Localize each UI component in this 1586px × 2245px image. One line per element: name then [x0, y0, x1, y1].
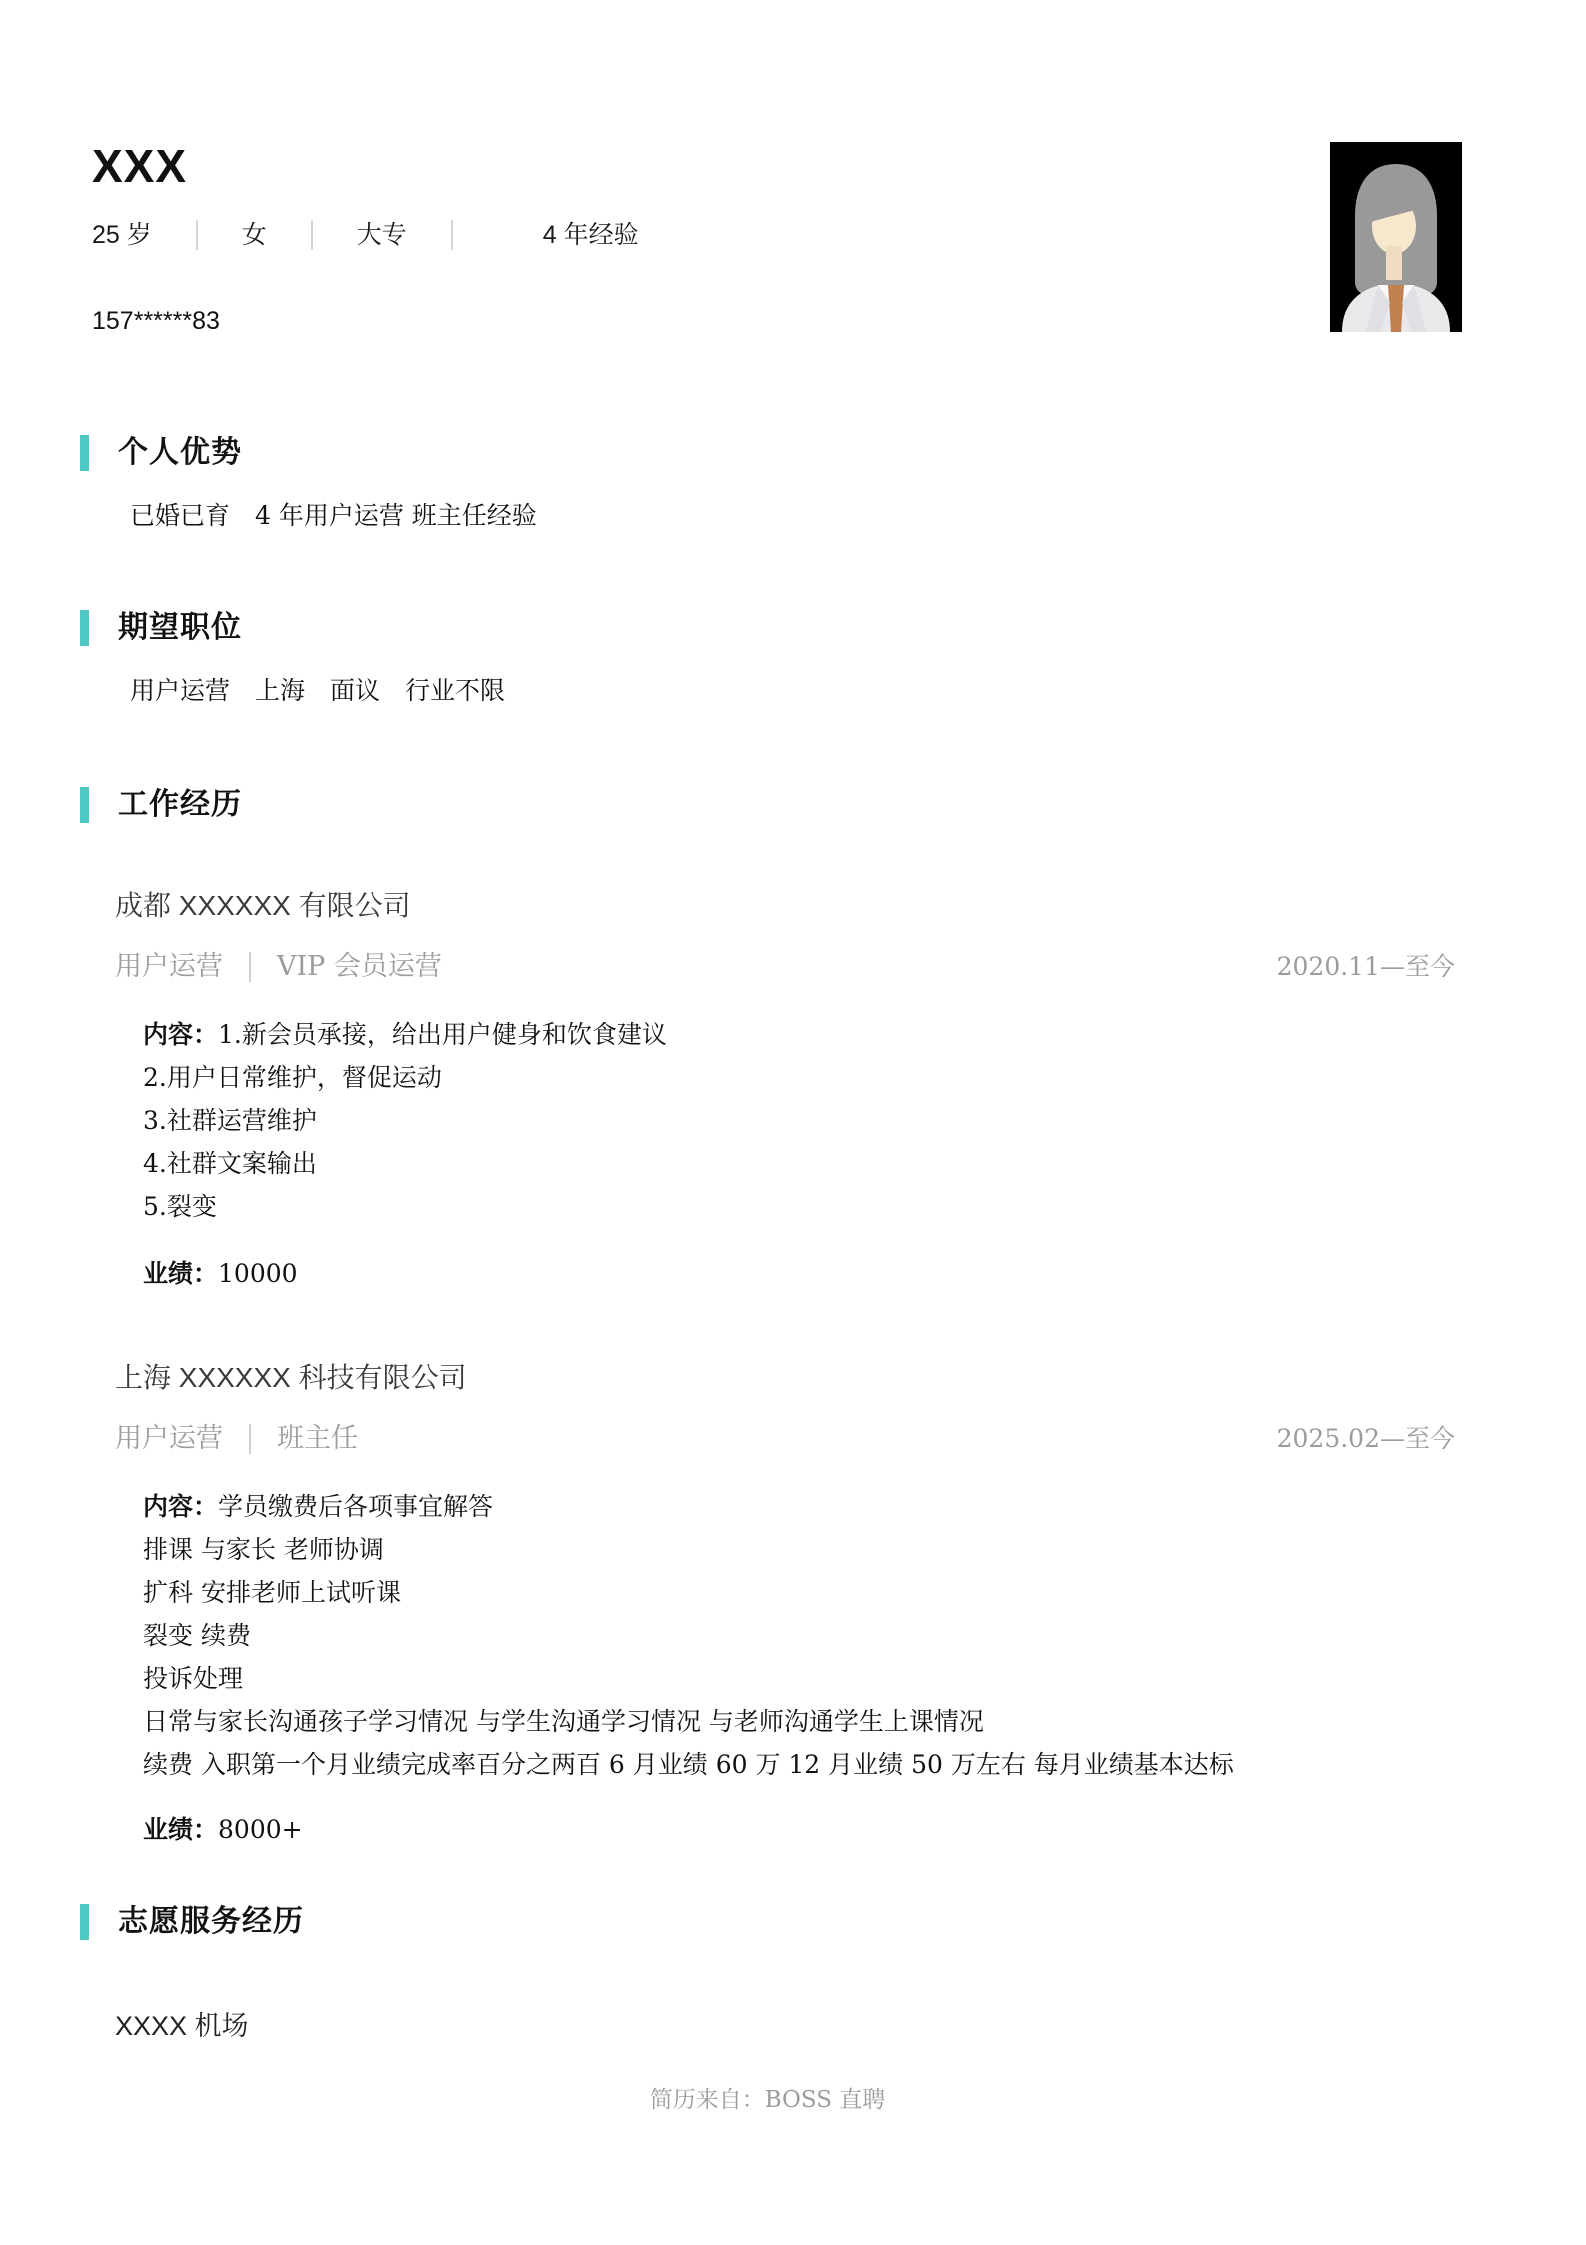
- content-lines: 2.用户日常维护，督促运动3.社群运营维护4.社群文案输出5.裂变: [143, 1056, 1455, 1228]
- section-title: 期望职位: [118, 608, 242, 648]
- candidate-experience: 4 年经验: [543, 218, 639, 252]
- accent-bar: [80, 435, 89, 471]
- avatar: [1330, 142, 1462, 332]
- candidate-age: 25 岁: [92, 218, 152, 252]
- content-line: 投诉处理: [143, 1657, 1455, 1700]
- job-meta-row: 用户运营 班主任 2025.02—至今: [115, 1419, 1455, 1459]
- job-role: 班主任: [277, 1419, 358, 1459]
- position-divider: [249, 1424, 251, 1454]
- company-name: 成都 XXXXXX 有限公司: [115, 887, 1455, 925]
- section-work-experience: 工作经历 成都 XXXXXX 有限公司 用户运营 VIP 会员运营 2020.1…: [80, 785, 1455, 1851]
- candidate-info-row: 25 岁 女 大专 4 年经验: [92, 218, 1462, 252]
- expected-position-text: 用户运营 上海 面议 行业不限: [130, 674, 1455, 708]
- content-first-line: 内容：学员缴费后各项事宜解答: [143, 1485, 1455, 1528]
- job-position: 用户运营: [115, 1419, 223, 1459]
- section-volunteer-experience: 志愿服务经历 XXXX 机场: [80, 1902, 1455, 2045]
- candidate-education: 大专: [357, 218, 407, 252]
- performance-value: 8000+: [218, 1815, 303, 1844]
- content-line: 扩科 安排老师上试听课: [143, 1571, 1455, 1614]
- content-line: 裂变 续费: [143, 1614, 1455, 1657]
- candidate-phone: 157******83: [92, 304, 1462, 338]
- volunteer-organization: XXXX 机场: [115, 2007, 1455, 2045]
- performance-label: 业绩：: [143, 1815, 218, 1844]
- section-header: 个人优势: [80, 433, 1455, 473]
- resume-source-note: 简历来自：BOSS 直聘: [80, 2085, 1455, 2115]
- info-divider: [196, 220, 198, 250]
- job-position: 用户运营: [115, 947, 223, 987]
- job-content: 内容：1.新会员承接，给出用户健身和饮食建议 2.用户日常维护，督促运动3.社群…: [143, 1013, 1455, 1295]
- section-title: 个人优势: [118, 433, 242, 473]
- content-line: 3.社群运营维护: [143, 1099, 1455, 1142]
- job-entry: 上海 XXXXXX 科技有限公司 用户运营 班主任 2025.02—至今 内容：…: [115, 1359, 1455, 1851]
- info-divider: [311, 220, 313, 250]
- job-entry: 成都 XXXXXX 有限公司 用户运营 VIP 会员运营 2020.11—至今 …: [115, 887, 1455, 1295]
- accent-bar: [80, 787, 89, 823]
- job-meta-row: 用户运营 VIP 会员运营 2020.11—至今: [115, 947, 1455, 987]
- section-title: 工作经历: [118, 785, 242, 825]
- performance-line: 业绩：8000+: [143, 1808, 1455, 1851]
- accent-bar: [80, 610, 89, 646]
- content-first-text: 1.新会员承接，给出用户健身和饮食建议: [218, 1020, 667, 1049]
- section-header: 工作经历: [80, 785, 1455, 825]
- info-divider: [451, 220, 453, 250]
- section-personal-advantage: 个人优势 已婚已育 4 年用户运营 班主任经验: [80, 433, 1455, 533]
- content-label: 内容：: [143, 1020, 218, 1049]
- female-avatar-icon: [1330, 142, 1462, 332]
- advantage-text: 已婚已育 4 年用户运营 班主任经验: [130, 499, 1455, 533]
- job-content: 内容：学员缴费后各项事宜解答 排课 与家长 老师协调扩科 安排老师上试听课裂变 …: [143, 1485, 1455, 1851]
- content-line: 日常与家长沟通孩子学习情况 与学生沟通学习情况 与老师沟通学生上课情况: [143, 1700, 1455, 1743]
- section-title: 志愿服务经历: [118, 1902, 304, 1942]
- performance-value: 10000: [218, 1259, 298, 1288]
- position-divider: [249, 952, 251, 982]
- content-line: 5.裂变: [143, 1185, 1455, 1228]
- content-first-line: 内容：1.新会员承接，给出用户健身和饮食建议: [143, 1013, 1455, 1056]
- content-line: 续费 入职第一个月业绩完成率百分之两百 6 月业绩 60 万 12 月业绩 50…: [143, 1743, 1455, 1786]
- accent-bar: [80, 1904, 89, 1940]
- section-expected-position: 期望职位 用户运营 上海 面议 行业不限: [80, 608, 1455, 708]
- content-label: 内容：: [143, 1492, 218, 1521]
- content-line: 4.社群文案输出: [143, 1142, 1455, 1185]
- resume-body: 个人优势 已婚已育 4 年用户运营 班主任经验 期望职位 用户运营 上海 面议 …: [0, 433, 1586, 2115]
- job-period: 2020.11—至今: [1277, 947, 1455, 987]
- content-first-text: 学员缴费后各项事宜解答: [218, 1492, 493, 1521]
- company-name: 上海 XXXXXX 科技有限公司: [115, 1359, 1455, 1397]
- job-period: 2025.02—至今: [1277, 1419, 1455, 1459]
- section-header: 志愿服务经历: [80, 1902, 1455, 1942]
- performance-line: 业绩：10000: [143, 1252, 1455, 1295]
- content-lines: 排课 与家长 老师协调扩科 安排老师上试听课裂变 续费投诉处理日常与家长沟通孩子…: [143, 1528, 1455, 1786]
- content-line: 排课 与家长 老师协调: [143, 1528, 1455, 1571]
- section-header: 期望职位: [80, 608, 1455, 648]
- candidate-gender: 女: [242, 218, 267, 252]
- resume-header: XXX 25 岁 女 大专 4 年经验 157******83: [0, 0, 1586, 338]
- candidate-name: XXX: [92, 140, 1462, 192]
- job-role: VIP 会员运营: [277, 947, 442, 987]
- performance-label: 业绩：: [143, 1259, 218, 1288]
- content-line: 2.用户日常维护，督促运动: [143, 1056, 1455, 1099]
- resume-page: XXX 25 岁 女 大专 4 年经验 157******83: [0, 0, 1586, 2245]
